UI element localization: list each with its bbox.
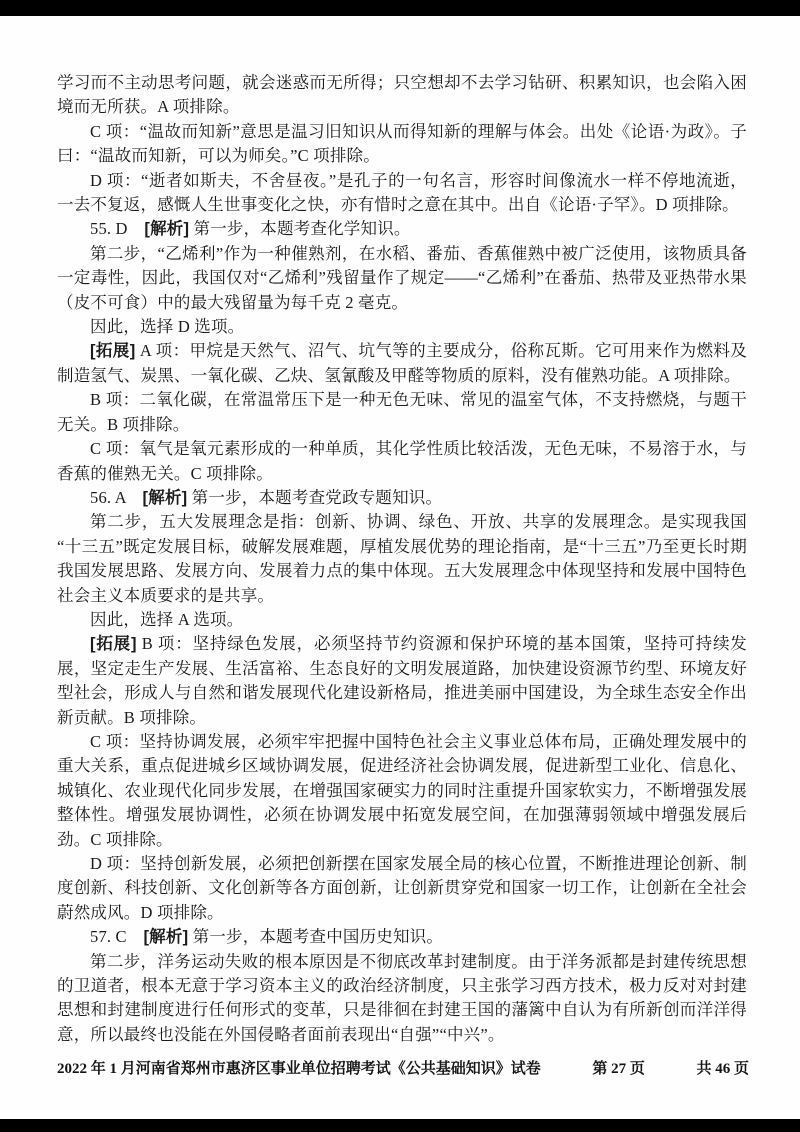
footer-page-number: 第 27 页 [592, 1057, 645, 1078]
text-run: 第一步，本题考查化学知识。 [189, 219, 410, 238]
paragraph: D 项：“逝者如斯夫，不舍昼夜。”是孔子的一句名言，形容时间像流水一样不停地流逝… [57, 169, 747, 218]
paragraph: 第二步，“乙烯利”作为一种催熟剂，在水稻、番茄、香蕉催熟中被广泛使用，该物质具备… [57, 242, 747, 315]
text-run: 第一步，本题考查党政专题知识。 [187, 488, 442, 507]
text-run: C 项：坚持协调发展，必须牢牢把握中国特色社会主义事业总体布局，正确处理发展中的… [57, 732, 747, 849]
text-run: C 项：氧气是氧元素形成的一种单质，其化学性质比较活泼，无色无味，不易溶于水，与… [57, 439, 747, 482]
text-run: 学习而不主动思考问题，就会迷惑而无所得；只空想却不去学习钻研、积累知识，也会陷入… [57, 73, 747, 116]
document-page: 学习而不主动思考问题，就会迷惑而无所得；只空想却不去学习钻研、积累知识，也会陷入… [0, 0, 800, 1132]
text-run: D 项：“逝者如斯夫，不舍昼夜。”是孔子的一句名言，形容时间像流水一样不停地流逝… [57, 171, 747, 214]
text-run: 因此，选择 D 选项。 [90, 317, 244, 336]
text-run: C 项：“温故而知新”意思是温习旧知识从而得知新的理解与体会。出处《论语·为政》… [57, 122, 747, 165]
paragraph: 55. D [解析] 第一步，本题考查化学知识。 [57, 217, 747, 241]
paragraph: C 项：坚持协调发展，必须牢牢把握中国特色社会主义事业总体布局，正确处理发展中的… [57, 730, 747, 852]
text-run: B 项：坚持绿色发展，必须坚持节约资源和保护环境的基本国策，坚持可持续发展，坚定… [57, 634, 747, 726]
paragraph: 因此，选择 D 选项。 [57, 315, 747, 339]
paragraph: C 项：氧气是氧元素形成的一种单质，其化学性质比较活泼，无色无味，不易溶于水，与… [57, 437, 747, 486]
section-marker: [拓展] [90, 342, 135, 360]
text-run: 57. C [90, 927, 143, 946]
paragraph: [拓展] A 项：甲烷是天然气、沼气、坑气等的主要成分，俗称瓦斯。它可用来作为燃… [57, 339, 747, 388]
paragraph: C 项：“温故而知新”意思是温习旧知识从而得知新的理解与体会。出处《论语·为政》… [57, 120, 747, 169]
text-run: 第二步，“乙烯利”作为一种催熟剂，在水稻、番茄、香蕉催熟中被广泛使用，该物质具备… [57, 244, 747, 312]
section-marker: [拓展] [90, 635, 137, 653]
paragraph: [拓展] B 项：坚持绿色发展，必须坚持节约资源和保护环境的基本国策，坚持可持续… [57, 632, 747, 730]
text-run: 第二步，五大发展理念是指：创新、协调、绿色、开放、共享的发展理念。是实现我国“十… [57, 512, 747, 604]
section-marker: [解析] [143, 928, 188, 946]
paragraph: 56. A [解析] 第一步，本题考查党政专题知识。 [57, 486, 747, 510]
page-footer: 2022 年 1 月河南省郑州市惠济区事业单位招聘考试《公共基础知识》试卷 第 … [57, 1057, 749, 1078]
scan-edge-bottom [0, 1119, 800, 1132]
paragraph: 第二步，五大发展理念是指：创新、协调、绿色、开放、共享的发展理念。是实现我国“十… [57, 510, 747, 608]
text-run: 55. D [90, 219, 144, 238]
scan-edge-top [0, 0, 800, 16]
paragraph: 学习而不主动思考问题，就会迷惑而无所得；只空想却不去学习钻研、积累知识，也会陷入… [57, 71, 747, 120]
text-run: 第一步，本题考查中国历史知识。 [188, 927, 443, 946]
paragraph: 第二步，洋务运动失败的根本原因是不彻底改革封建制度。由于洋务派都是封建传统思想的… [57, 950, 747, 1048]
paragraph: B 项：二氧化碳，在常温常压下是一种无色无味、常见的温室气体，不支持燃烧，与题干… [57, 388, 747, 437]
text-run: 因此，选择 A 选项。 [90, 610, 243, 629]
text-run: 第二步，洋务运动失败的根本原因是不彻底改革封建制度。由于洋务派都是封建传统思想的… [57, 952, 747, 1044]
text-run: 56. A [90, 488, 143, 507]
paragraph: 因此，选择 A 选项。 [57, 608, 747, 632]
text-run: B 项：二氧化碳，在常温常压下是一种无色无味、常见的温室气体，不支持燃烧，与题干… [57, 390, 747, 433]
footer-total-pages: 共 46 页 [696, 1057, 749, 1078]
document-body: 学习而不主动思考问题，就会迷惑而无所得；只空想却不去学习钻研、积累知识，也会陷入… [57, 71, 747, 1047]
section-marker: [解析] [144, 220, 189, 238]
text-run: A 项：甲烷是天然气、沼气、坑气等的主要成分，俗称瓦斯。它可用来作为燃料及制造氢… [57, 341, 747, 384]
paragraph: D 项：坚持创新发展，必须把创新摆在国家发展全局的核心位置，不断推进理论创新、制… [57, 852, 747, 925]
text-run: D 项：坚持创新发展，必须把创新摆在国家发展全局的核心位置，不断推进理论创新、制… [57, 854, 747, 922]
paragraph: 57. C [解析] 第一步，本题考查中国历史知识。 [57, 925, 747, 949]
section-marker: [解析] [143, 489, 188, 507]
footer-source-title: 2022 年 1 月河南省郑州市惠济区事业单位招聘考试《公共基础知识》试卷 [57, 1057, 541, 1078]
